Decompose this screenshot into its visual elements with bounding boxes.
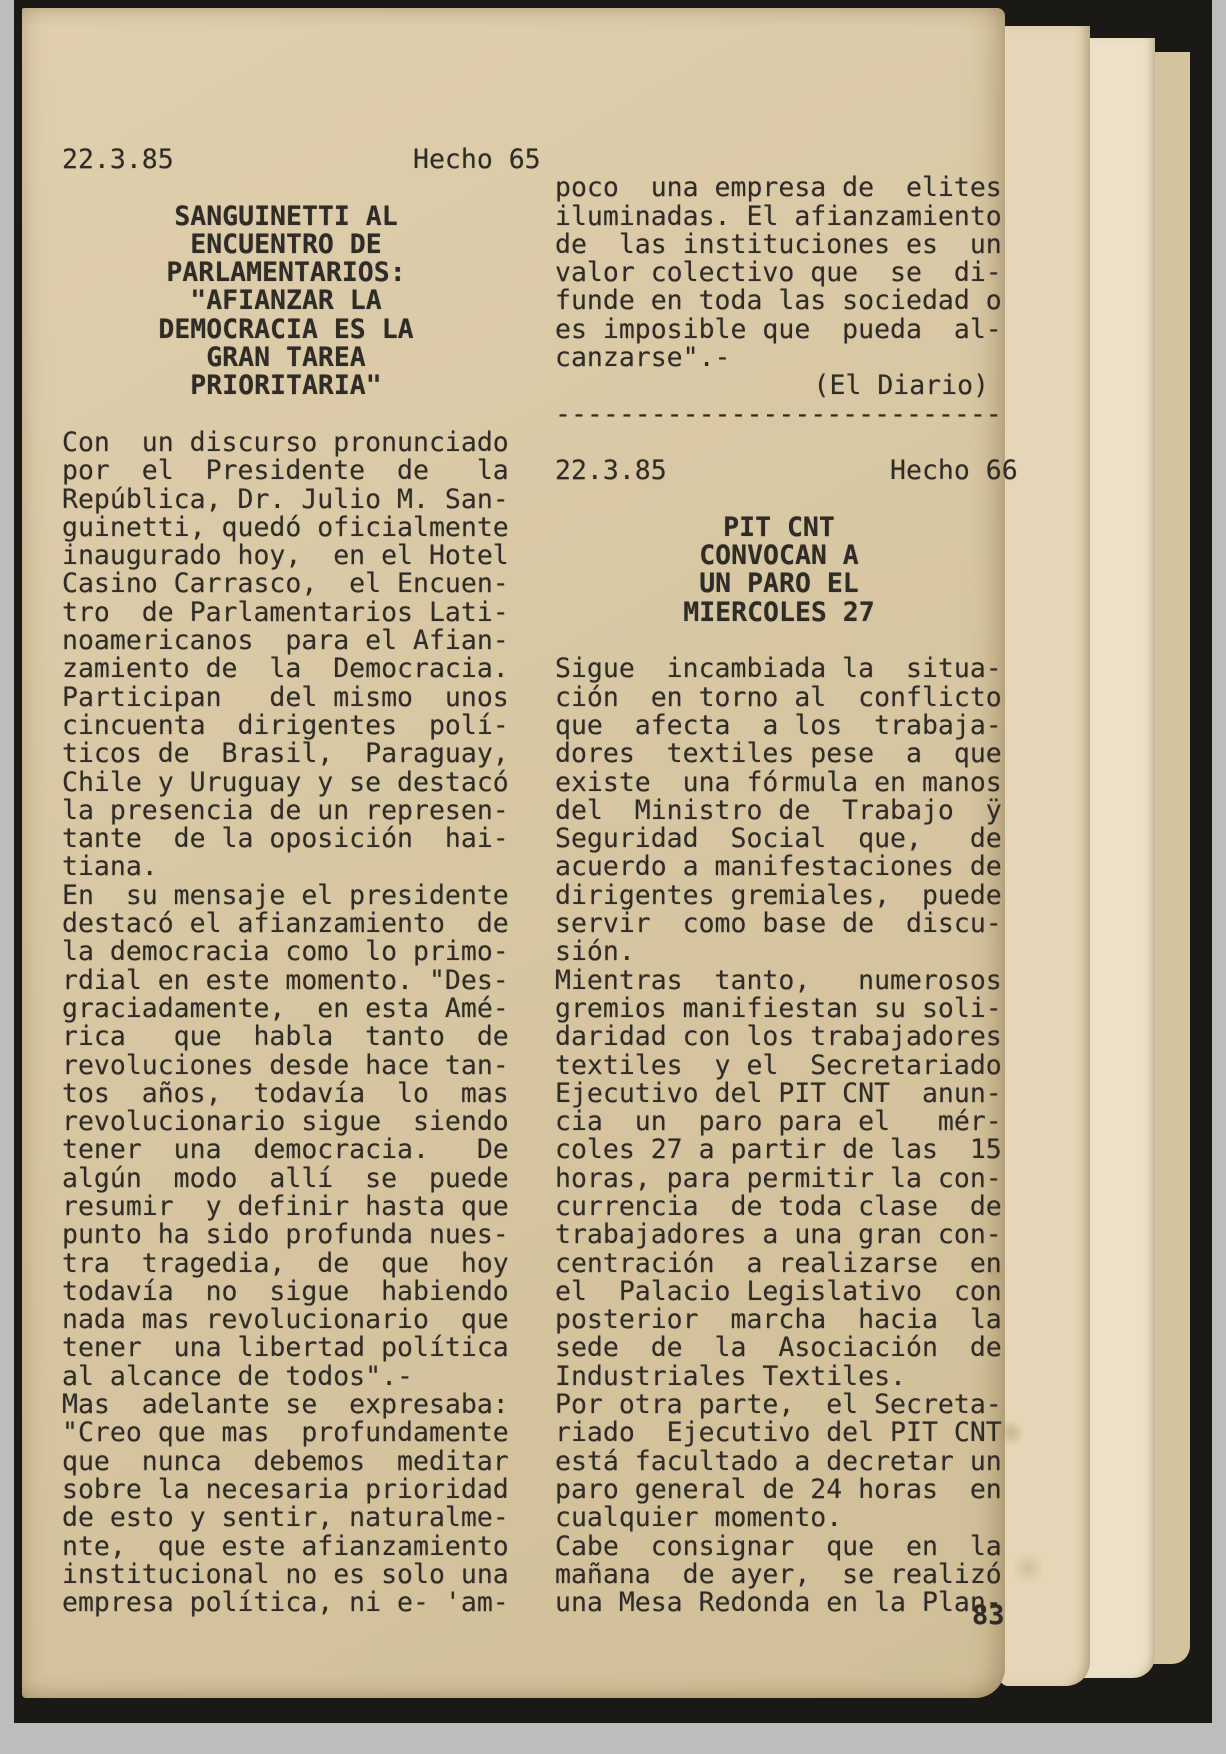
- article-66-body-text: Sigue incambiada la situa- ción en torno…: [555, 655, 1003, 1617]
- paper-stain: [1010, 1553, 1046, 1583]
- article-hecho-66: poco una empresa de elites iluminadas. E…: [555, 146, 1003, 1617]
- article-65-dateline: 22.3.85 Hecho 65: [62, 146, 510, 174]
- page-number: 83: [972, 1600, 1005, 1631]
- article-65-source-attribution: (El Diario): [555, 372, 1003, 400]
- article-hecho-65: 22.3.85 Hecho 65 SANGUINETTI AL ENCUENTR…: [62, 146, 510, 1617]
- scanned-book-page: 22.3.85 Hecho 65 SANGUINETTI AL ENCUENTR…: [0, 0, 1226, 1754]
- article-65-body-text: Con un discurso pronunciado por el Presi…: [62, 429, 510, 1617]
- article-65-title: SANGUINETTI AL ENCUENTRO DE PARLAMENTARI…: [62, 203, 510, 401]
- article-66-dateline: 22.3.85 Hecho 66: [555, 457, 1003, 485]
- article-65-continuation-text: poco una empresa de elites iluminadas. E…: [555, 174, 1003, 372]
- article-separator-dashes: ----------------------------: [555, 401, 1003, 429]
- article-66-title: PIT CNT CONVOCAN A UN PARO EL MIERCOLES …: [555, 514, 1003, 627]
- book-page: 22.3.85 Hecho 65 SANGUINETTI AL ENCUENTR…: [22, 8, 1005, 1698]
